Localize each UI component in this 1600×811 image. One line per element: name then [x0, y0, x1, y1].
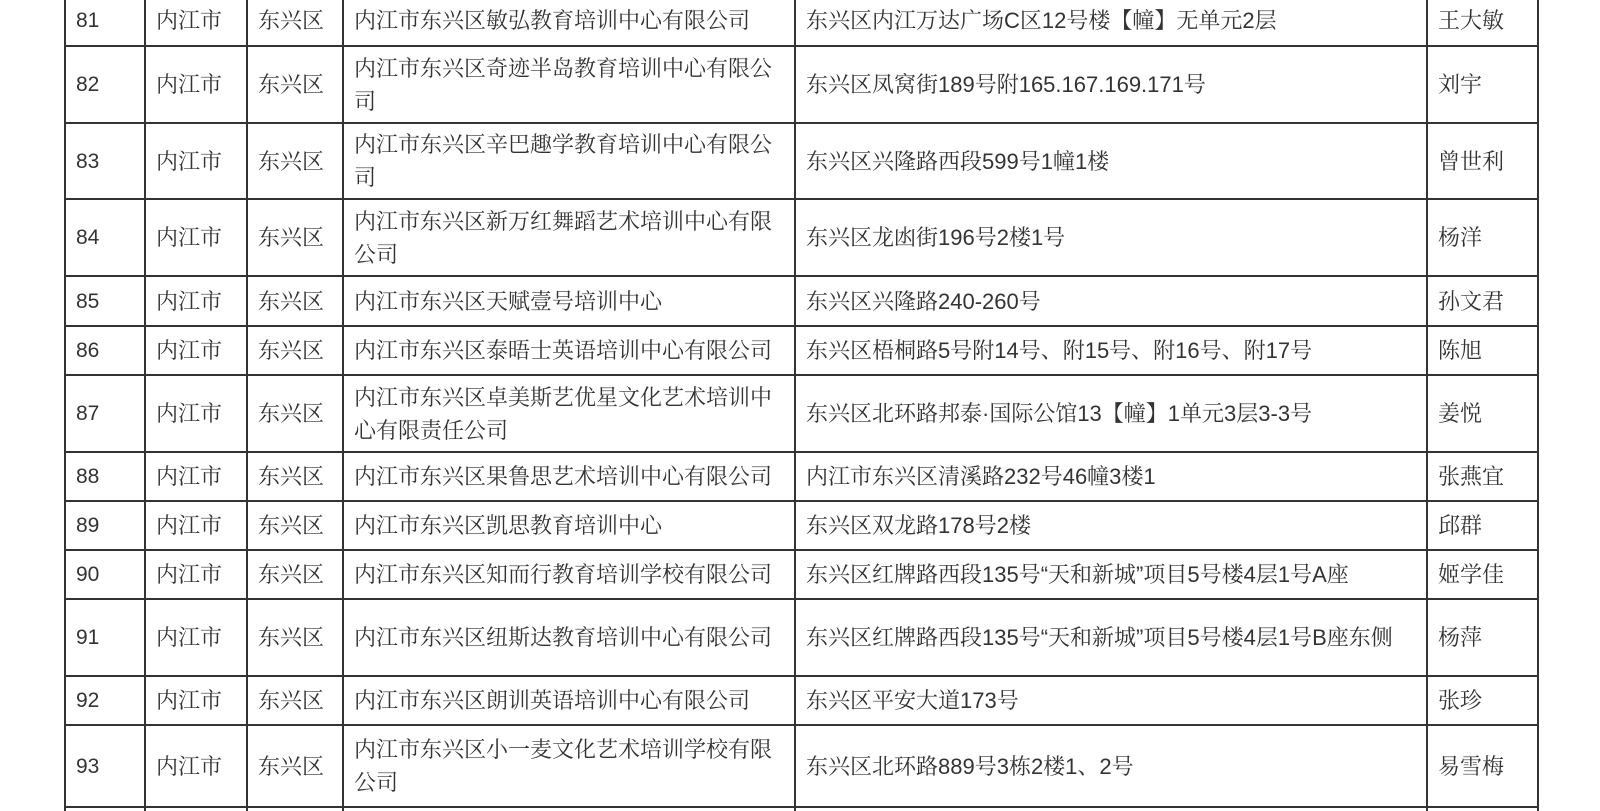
- cell-address: 东兴区内江万达广场C区12号楼【幢】无单元2层: [795, 0, 1427, 46]
- table-row: 89内江市东兴区内江市东兴区凯思教育培训中心东兴区双龙路178号2楼邱群: [65, 501, 1538, 550]
- cell-contact: 刘宇: [1427, 46, 1538, 123]
- cell-institution: 内江市东兴区朗训英语培训中心有限公司: [343, 676, 795, 725]
- cell-address: 东兴区龙凼街196号2楼1号: [795, 199, 1427, 276]
- cell-contact: 曾世利: [1427, 123, 1538, 199]
- cell-serial: 87: [65, 375, 145, 452]
- cell-address: 东兴区平安大道173号: [795, 676, 1427, 725]
- training-centers-table: 81内江市东兴区内江市东兴区敏弘教育培训中心有限公司东兴区内江万达广场C区12号…: [64, 0, 1539, 811]
- cell-contact: 姜悦: [1427, 375, 1538, 452]
- cell-contact: 王大敏: [1427, 0, 1538, 46]
- cell-address-empty: [795, 807, 1427, 811]
- cell-district: 东兴区: [247, 676, 343, 725]
- cell-institution: 内江市东兴区辛巴趣学教育培训中心有限公司: [343, 123, 795, 199]
- cell-city: 内江市: [145, 452, 247, 501]
- cell-address: 东兴区兴隆路240-260号: [795, 276, 1427, 326]
- cell-city: 内江市: [145, 550, 247, 599]
- table-row: 87内江市东兴区内江市东兴区卓美斯艺优星文化艺术培训中心有限责任公司东兴区北环路…: [65, 375, 1538, 452]
- cell-address: 东兴区红牌路西段135号“天和新城”项目5号楼4层1号B座东侧: [795, 599, 1427, 676]
- cell-city-empty: [145, 807, 247, 811]
- cell-district: 东兴区: [247, 276, 343, 326]
- cell-district: 东兴区: [247, 375, 343, 452]
- cell-institution: 内江市东兴区奇迹半岛教育培训中心有限公司: [343, 46, 795, 123]
- table-row: 82内江市东兴区内江市东兴区奇迹半岛教育培训中心有限公司东兴区凤窝街189号附1…: [65, 46, 1538, 123]
- cell-city: 内江市: [145, 375, 247, 452]
- cell-city: 内江市: [145, 123, 247, 199]
- cell-city: 内江市: [145, 725, 247, 807]
- cell-district: 东兴区: [247, 199, 343, 276]
- cell-serial-empty: [65, 807, 145, 811]
- cell-city: 内江市: [145, 46, 247, 123]
- cell-contact: 张珍: [1427, 676, 1538, 725]
- cell-city: 内江市: [145, 0, 247, 46]
- cell-contact-empty: [1427, 807, 1538, 811]
- cell-serial: 86: [65, 326, 145, 375]
- table-row: 81内江市东兴区内江市东兴区敏弘教育培训中心有限公司东兴区内江万达广场C区12号…: [65, 0, 1538, 46]
- cell-district: 东兴区: [247, 123, 343, 199]
- cell-institution: 内江市东兴区凯思教育培训中心: [343, 501, 795, 550]
- cell-institution: 内江市东兴区卓美斯艺优星文化艺术培训中心有限责任公司: [343, 375, 795, 452]
- cell-district-empty: [247, 807, 343, 811]
- cell-contact: 杨洋: [1427, 199, 1538, 276]
- cell-institution: 内江市东兴区敏弘教育培训中心有限公司: [343, 0, 795, 46]
- cell-contact: 易雪梅: [1427, 725, 1538, 807]
- cell-address: 东兴区北环路邦泰·国际公馆13【幢】1单元3层3-3号: [795, 375, 1427, 452]
- cell-city: 内江市: [145, 276, 247, 326]
- cell-serial: 83: [65, 123, 145, 199]
- table-row-partial: [65, 807, 1538, 811]
- table-row: 91内江市东兴区内江市东兴区纽斯达教育培训中心有限公司东兴区红牌路西段135号“…: [65, 599, 1538, 676]
- cell-city: 内江市: [145, 326, 247, 375]
- cell-institution-empty: [343, 807, 795, 811]
- cell-contact: 姬学佳: [1427, 550, 1538, 599]
- table-row: 90内江市东兴区内江市东兴区知而行教育培训学校有限公司东兴区红牌路西段135号“…: [65, 550, 1538, 599]
- cell-serial: 93: [65, 725, 145, 807]
- table-body: 81内江市东兴区内江市东兴区敏弘教育培训中心有限公司东兴区内江万达广场C区12号…: [65, 0, 1538, 811]
- cell-institution: 内江市东兴区果鲁思艺术培训中心有限公司: [343, 452, 795, 501]
- cell-city: 内江市: [145, 199, 247, 276]
- cell-serial: 88: [65, 452, 145, 501]
- cell-district: 东兴区: [247, 550, 343, 599]
- cell-contact: 陈旭: [1427, 326, 1538, 375]
- cell-address: 东兴区北环路889号3栋2楼1、2号: [795, 725, 1427, 807]
- table-row: 92内江市东兴区内江市东兴区朗训英语培训中心有限公司东兴区平安大道173号张珍: [65, 676, 1538, 725]
- cell-serial: 81: [65, 0, 145, 46]
- table-row: 85内江市东兴区内江市东兴区天赋壹号培训中心东兴区兴隆路240-260号孙文君: [65, 276, 1538, 326]
- cell-contact: 杨萍: [1427, 599, 1538, 676]
- cell-district: 东兴区: [247, 46, 343, 123]
- cell-serial: 90: [65, 550, 145, 599]
- cell-serial: 91: [65, 599, 145, 676]
- cell-institution: 内江市东兴区新万红舞蹈艺术培训中心有限公司: [343, 199, 795, 276]
- cell-institution: 内江市东兴区纽斯达教育培训中心有限公司: [343, 599, 795, 676]
- cell-contact: 邱群: [1427, 501, 1538, 550]
- table-row: 86内江市东兴区内江市东兴区泰晤士英语培训中心有限公司东兴区梧桐路5号附14号、…: [65, 326, 1538, 375]
- cell-district: 东兴区: [247, 326, 343, 375]
- cell-serial: 82: [65, 46, 145, 123]
- cell-district: 东兴区: [247, 501, 343, 550]
- cell-institution: 内江市东兴区天赋壹号培训中心: [343, 276, 795, 326]
- cell-address: 东兴区兴隆路西段599号1幢1楼: [795, 123, 1427, 199]
- cell-serial: 89: [65, 501, 145, 550]
- cell-contact: 张燕宜: [1427, 452, 1538, 501]
- cell-city: 内江市: [145, 599, 247, 676]
- cell-address: 东兴区红牌路西段135号“天和新城”项目5号楼4层1号A座: [795, 550, 1427, 599]
- cell-address: 东兴区双龙路178号2楼: [795, 501, 1427, 550]
- cell-serial: 92: [65, 676, 145, 725]
- cell-district: 东兴区: [247, 599, 343, 676]
- page-background: 81内江市东兴区内江市东兴区敏弘教育培训中心有限公司东兴区内江万达广场C区12号…: [0, 0, 1600, 811]
- table-row: 93内江市东兴区内江市东兴区小一麦文化艺术培训学校有限公司东兴区北环路889号3…: [65, 725, 1538, 807]
- table-row: 83内江市东兴区内江市东兴区辛巴趣学教育培训中心有限公司东兴区兴隆路西段599号…: [65, 123, 1538, 199]
- cell-city: 内江市: [145, 676, 247, 725]
- cell-institution: 内江市东兴区泰晤士英语培训中心有限公司: [343, 326, 795, 375]
- table-row: 88内江市东兴区内江市东兴区果鲁思艺术培训中心有限公司内江市东兴区清溪路232号…: [65, 452, 1538, 501]
- cell-address: 东兴区梧桐路5号附14号、附15号、附16号、附17号: [795, 326, 1427, 375]
- cell-district: 东兴区: [247, 0, 343, 46]
- table-row: 84内江市东兴区内江市东兴区新万红舞蹈艺术培训中心有限公司东兴区龙凼街196号2…: [65, 199, 1538, 276]
- cell-address: 内江市东兴区清溪路232号46幢3楼1: [795, 452, 1427, 501]
- cell-serial: 84: [65, 199, 145, 276]
- cell-city: 内江市: [145, 501, 247, 550]
- cell-institution: 内江市东兴区知而行教育培训学校有限公司: [343, 550, 795, 599]
- cell-institution: 内江市东兴区小一麦文化艺术培训学校有限公司: [343, 725, 795, 807]
- cell-serial: 85: [65, 276, 145, 326]
- cell-district: 东兴区: [247, 725, 343, 807]
- cell-district: 东兴区: [247, 452, 343, 501]
- cell-address: 东兴区凤窝街189号附165.167.169.171号: [795, 46, 1427, 123]
- cell-contact: 孙文君: [1427, 276, 1538, 326]
